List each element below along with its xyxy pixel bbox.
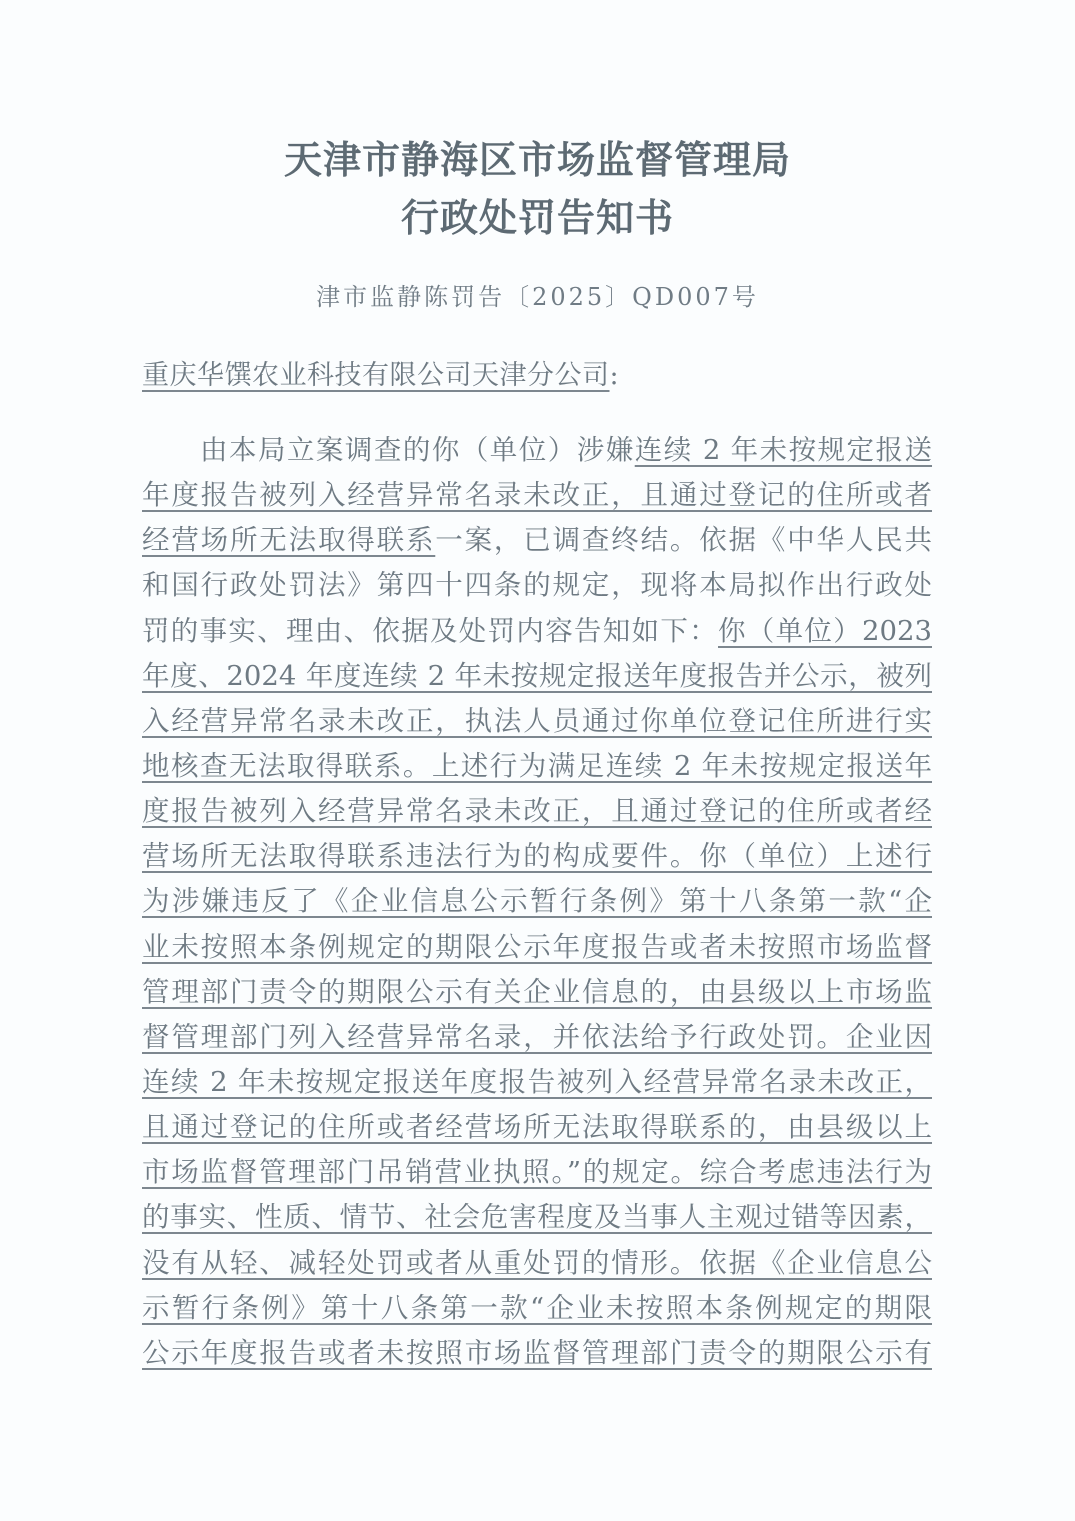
body-line: 营场所无法取得联系违法行为的构成要件。你（单位）上述行 [142,839,932,884]
body-line: 罚的事实、理由、依据及处罚内容告知如下：你（单位）2023 [142,614,932,659]
document-title-agency: 天津市静海区市场监督管理局 [0,141,1075,179]
body-text: 罚的事实、理由、依据及处罚内容告知如下： [142,615,718,647]
body-line: 连续 2 年未按规定报送年度报告被列入经营异常名录未改正， [142,1065,932,1110]
body-text-underlined: 地核查无法取得联系。上述行为满足连续 2 年未按规定报送年 [142,749,932,794]
body-text-underlined: 连续 2 年未按规定报送年度报告被列入经营异常名录未改正， [142,1065,932,1110]
addressee-colon: : [610,360,620,391]
body-text: 由本局立案调查的你（单位）涉嫌 [200,434,635,466]
document-title-type: 行政处罚告知书 [0,199,1075,237]
body-text-underlined: 为涉嫌违反了《企业信息公示暂行条例》第十八条第一款“企 [142,884,932,929]
body-text-underlined: 营场所无法取得联系违法行为的构成要件。你（单位）上述行 [142,839,932,884]
document-number: 津市监静陈罚告〔2025〕QD007号 [0,285,1075,309]
body-line: 地核查无法取得联系。上述行为满足连续 2 年未按规定报送年 [142,749,932,794]
body-line: 且通过登记的住所或者经营场所无法取得联系的，由县级以上 [142,1110,932,1155]
body-text-underlined: 年度报告被列入经营异常名录未改正，且通过登记的住所或者 [142,478,932,523]
body-line: 督管理部门列入经营异常名录，并依法给予行政处罚。企业因 [142,1020,932,1065]
body-text-underlined: 管理部门责令的期限公示有关企业信息的，由县级以上市场监 [142,975,932,1020]
body-text-underlined: 年度、2024 年度连续 2 年未按规定报送年度报告并公示，被列 [142,659,932,704]
body-line: 为涉嫌违反了《企业信息公示暂行条例》第十八条第一款“企 [142,884,932,929]
document-page: 天津市静海区市场监督管理局 行政处罚告知书 津市监静陈罚告〔2025〕QD007… [0,0,1075,1521]
body-line: 公示年度报告或者未按照市场监督管理部门责令的期限公示有 [142,1336,932,1381]
body-line: 入经营异常名录未改正，执法人员通过你单位登记住所进行实 [142,704,932,749]
body-line: 业未按照本条例规定的期限公示年度报告或者未按照市场监督 [142,930,932,975]
body-line: 市场监督管理部门吊销营业执照。”的规定。综合考虑违法行为 [142,1155,932,1200]
body-line: 的事实、性质、情节、社会危害程度及当事人主观过错等因素， [142,1200,932,1245]
body-text-underlined: 没有从轻、减轻处罚或者从重处罚的情形。依据《企业信息公 [142,1246,932,1291]
body-line: 年度报告被列入经营异常名录未改正，且通过登记的住所或者 [142,478,932,523]
body-text-underlined: 市场监督管理部门吊销营业执照。”的规定。综合考虑违法行为 [142,1155,932,1200]
body-line: 由本局立案调查的你（单位）涉嫌连续 2 年未按规定报送 [142,433,932,478]
addressee-name: 重庆华馔农业科技有限公司天津分公司 [142,360,610,391]
body-line: 和国行政处罚法》第四十四条的规定，现将本局拟作出行政处 [142,568,932,613]
body-line: 度报告被列入经营异常名录未改正，且通过登记的住所或者经 [142,794,932,839]
body-text-underlined: 度报告被列入经营异常名录未改正，且通过登记的住所或者经 [142,794,932,839]
body-line: 没有从轻、减轻处罚或者从重处罚的情形。依据《企业信息公 [142,1246,932,1291]
body-text-underlined: 入经营异常名录未改正，执法人员通过你单位登记住所进行实 [142,704,932,749]
body-line: 年度、2024 年度连续 2 年未按规定报送年度报告并公示，被列 [142,659,932,704]
body-text: 和国行政处罚法》第四十四条的规定，现将本局拟作出行政处 [142,568,932,613]
body-text-underlined: 经营场所无法取得联系 [142,524,435,556]
body-line: 管理部门责令的期限公示有关企业信息的，由县级以上市场监 [142,975,932,1020]
body-text-underlined: 公示年度报告或者未按照市场监督管理部门责令的期限公示有 [142,1336,932,1381]
body-paragraph: 由本局立案调查的你（单位）涉嫌连续 2 年未按规定报送 年度报告被列入经营异常名… [142,433,932,1381]
body-text-underlined: 督管理部门列入经营异常名录，并依法给予行政处罚。企业因 [142,1020,932,1065]
body-text-underlined: 业未按照本条例规定的期限公示年度报告或者未按照市场监督 [142,930,932,975]
body-text-underlined: 且通过登记的住所或者经营场所无法取得联系的，由县级以上 [142,1110,932,1155]
body-text: 一案，已调查终结。依据《中华人民共 [435,524,932,556]
addressee: 重庆华馔农业科技有限公司天津分公司: [142,361,619,391]
body-line: 示暂行条例》第十八条第一款“企业未按照本条例规定的期限 [142,1291,932,1336]
body-line: 经营场所无法取得联系一案，已调查终结。依据《中华人民共 [142,523,932,568]
body-text-underlined: 示暂行条例》第十八条第一款“企业未按照本条例规定的期限 [142,1291,932,1336]
body-text-underlined: 连续 2 年未按规定报送 [635,434,932,466]
body-text-underlined: 的事实、性质、情节、社会危害程度及当事人主观过错等因素， [142,1200,932,1245]
body-text-underlined: 你（单位）2023 [718,615,932,647]
